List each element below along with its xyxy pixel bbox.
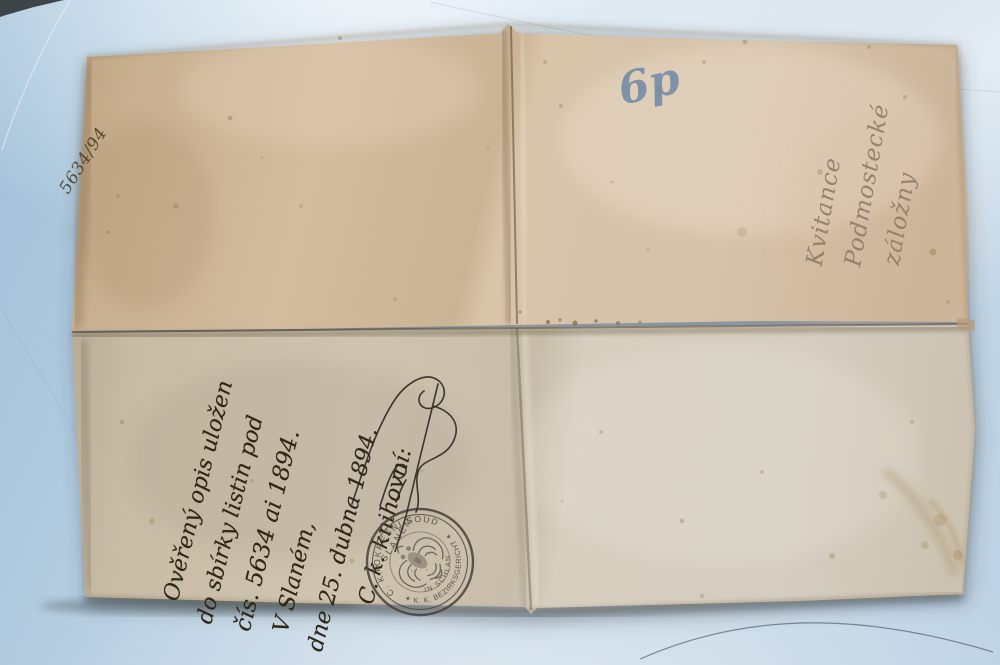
- signature-flourish: [318, 352, 493, 552]
- stray-hair: [640, 623, 993, 659]
- photo-of-archival-document: 5634/94 6p Kvitance Podmostecké záložny …: [0, 0, 1000, 665]
- table-edge-corner: [0, 0, 64, 17]
